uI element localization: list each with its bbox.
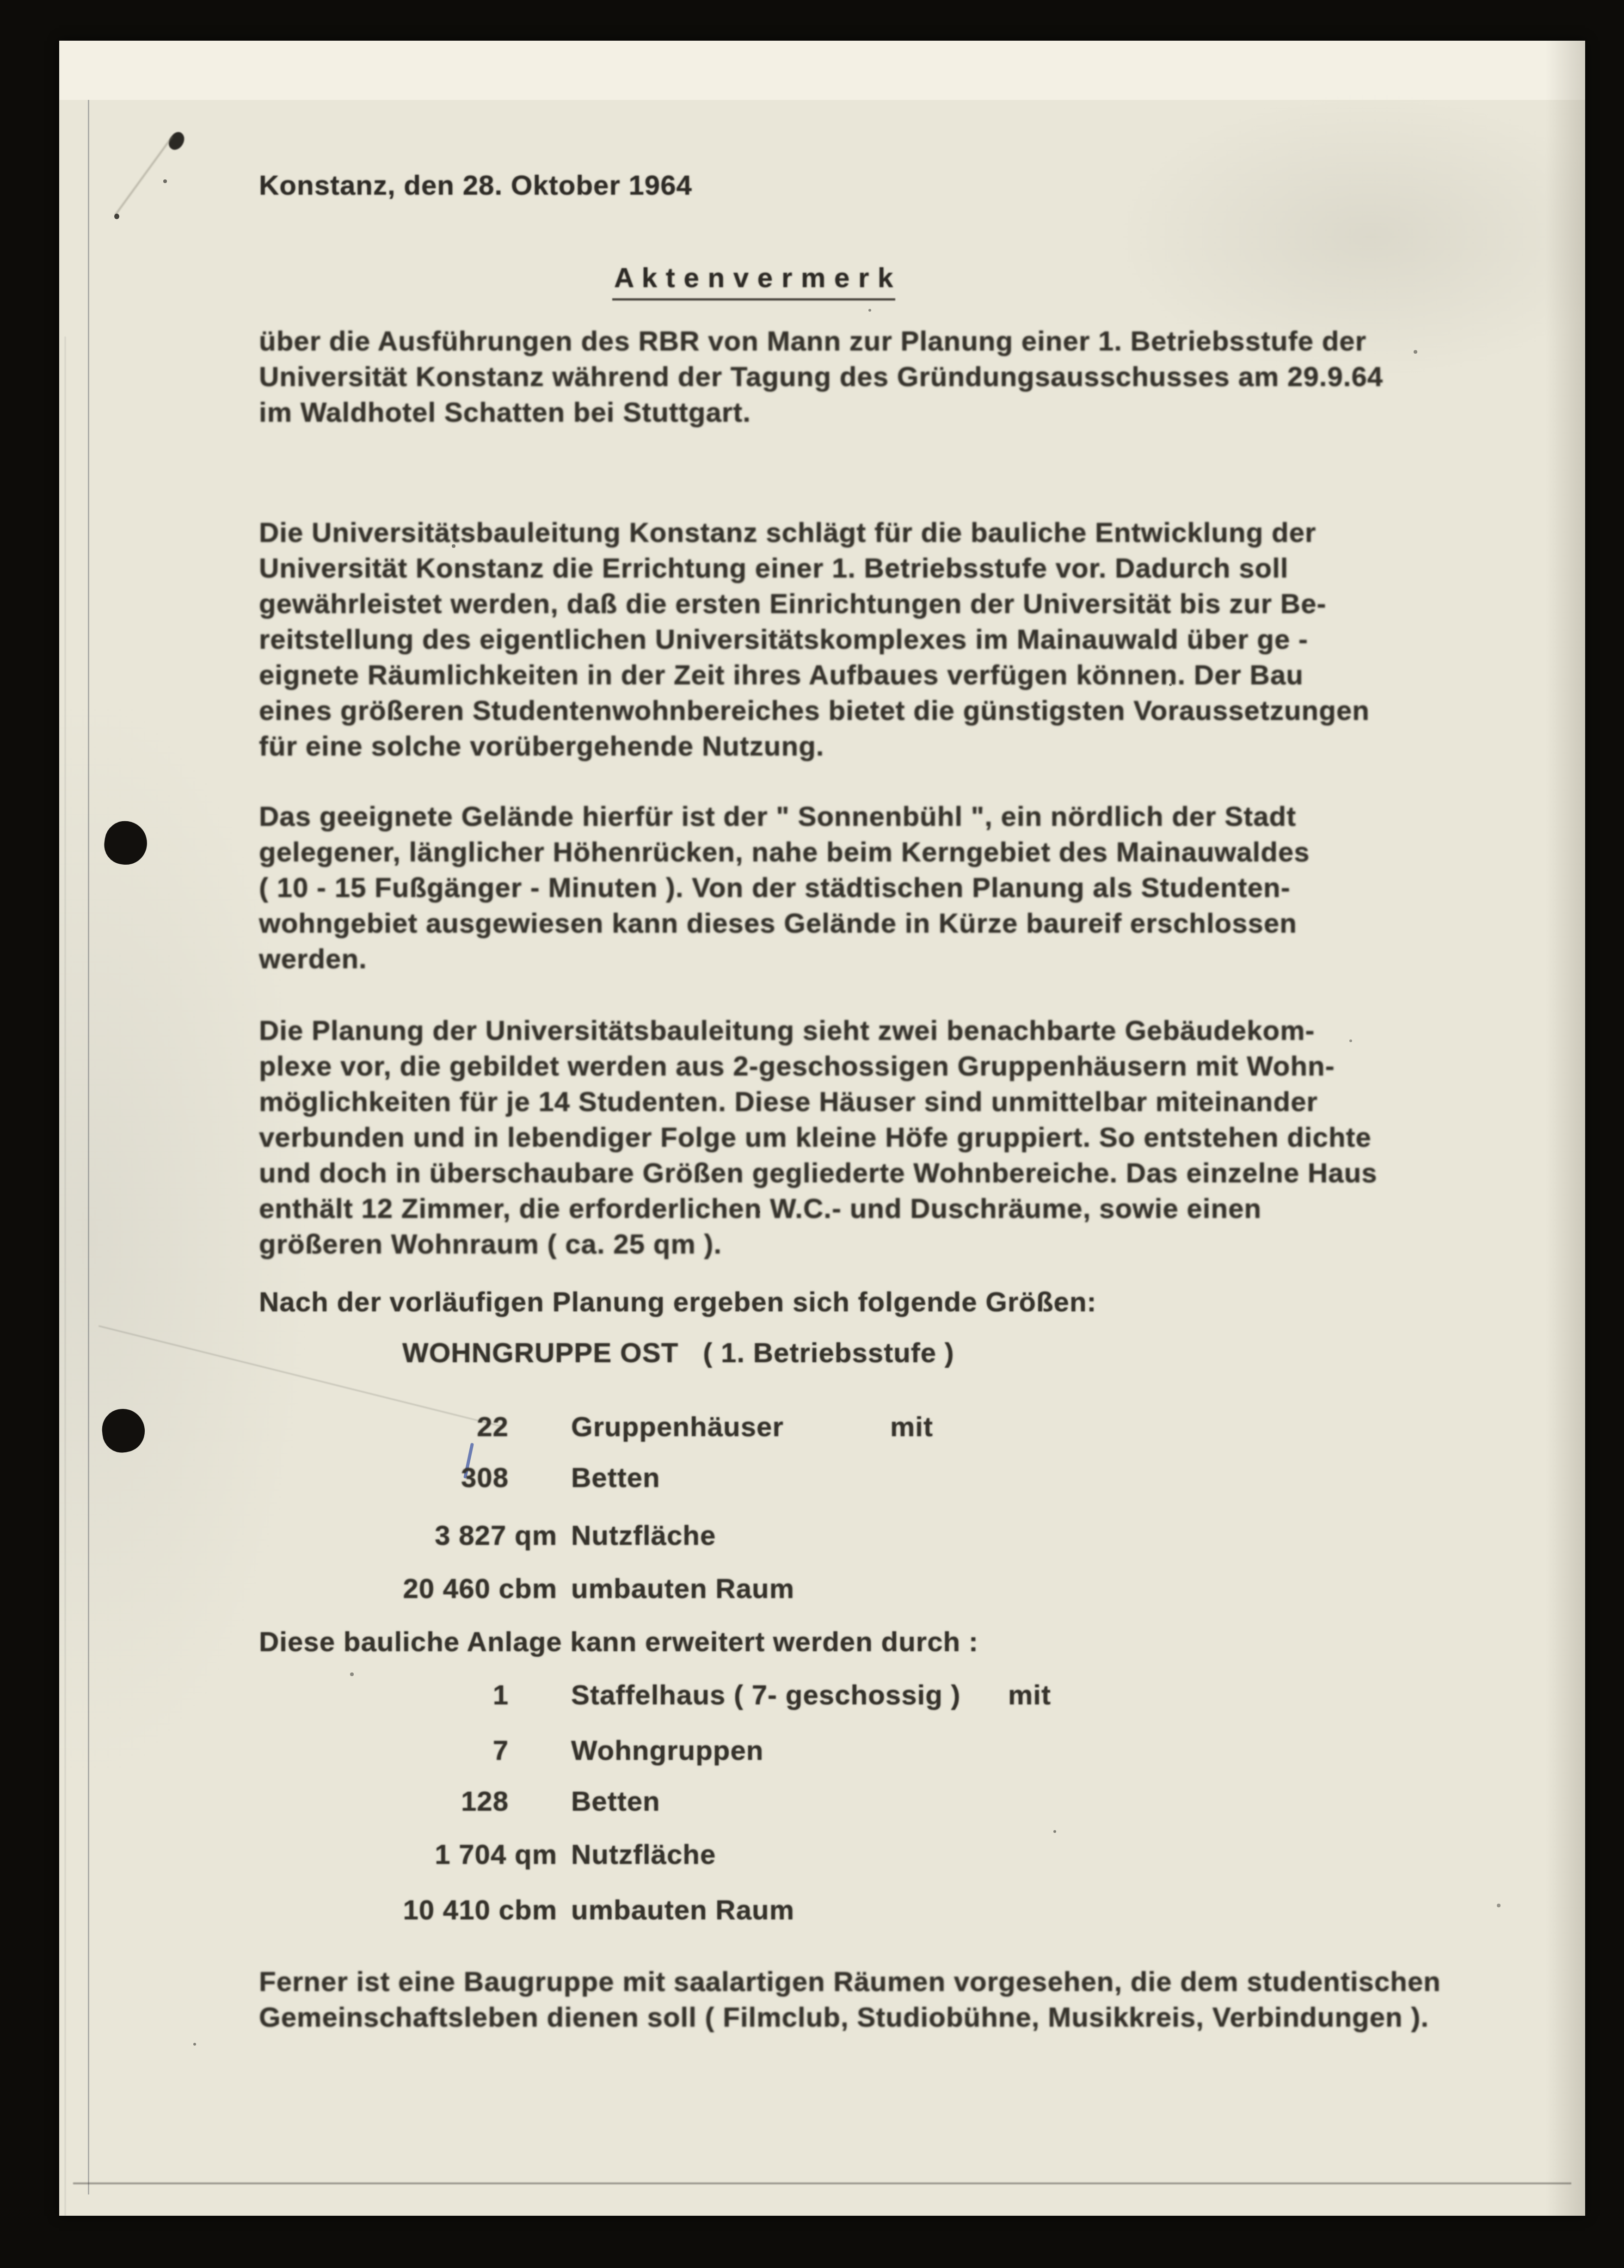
closing-paragraph: Ferner ist eine Baugruppe mit saalartige… xyxy=(259,1964,1441,2035)
row-value: 7 xyxy=(259,1733,557,1768)
expansion-lead-line: Diese bauliche Anlage kann erweitert wer… xyxy=(259,1624,978,1660)
text-line: Die Planung der Universitätsbauleitung s… xyxy=(259,1013,1378,1048)
table-row: 1Staffelhaus ( 7- geschossig )mit xyxy=(259,1677,1507,1713)
text-line: Ferner ist eine Baugruppe mit saalartige… xyxy=(259,1964,1441,1999)
row-label: umbauten Raum xyxy=(571,1894,794,1925)
dust-specks xyxy=(59,41,62,43)
row-label: Betten xyxy=(571,1462,660,1493)
text-line: eines größeren Studentenwohnbereiches bi… xyxy=(259,693,1370,728)
document-title: A k t e n v e r m e r k xyxy=(612,260,895,301)
title-row: A k t e n v e r m e r k xyxy=(612,260,895,303)
paragraph-site: Das geeignete Gelände hierfür ist der " … xyxy=(259,799,1310,977)
date-line: Konstanz, den 28. Oktober 1964 xyxy=(259,167,692,203)
fold-line-bottom xyxy=(73,2182,1571,2184)
text-line: im Waldhotel Schatten bei Stuttgart. xyxy=(259,394,1383,430)
text-line: Gemeinschaftsleben dienen soll ( Filmclu… xyxy=(259,1999,1441,2035)
row-value: 22 xyxy=(259,1409,557,1444)
hole-punch-bottom xyxy=(100,1407,147,1454)
row-value: 308 xyxy=(259,1460,557,1495)
scanned-document: { "colors": { "scanner_background": "#0d… xyxy=(0,0,1624,2268)
row-label: Betten xyxy=(571,1786,660,1817)
text-line: enthält 12 Zimmer, die erforderlichen W.… xyxy=(259,1191,1378,1226)
text-line: Universität Konstanz während der Tagung … xyxy=(259,359,1383,394)
text-line: eignete Räumlichkeiten in der Zeit ihres… xyxy=(259,657,1370,693)
hole-punch-top xyxy=(102,818,150,867)
text-line: Das geeignete Gelände hierfür ist der " … xyxy=(259,799,1310,834)
text-line: plexe vor, die gebildet werden aus 2-ges… xyxy=(259,1048,1378,1084)
ink-smudge-streak xyxy=(115,136,173,215)
text-line: verbunden und in lebendiger Folge um kle… xyxy=(259,1119,1378,1155)
table-row: 22Gruppenhäusermit xyxy=(259,1409,1507,1444)
table-row: 20 460 cbmumbauten Raum xyxy=(259,1571,1507,1606)
ink-speck xyxy=(163,179,167,183)
document-page: Konstanz, den 28. Oktober 1964 A k t e n… xyxy=(59,41,1585,2216)
row-suffix: mit xyxy=(890,1409,933,1444)
text-line: Die Universitätsbauleitung Konstanz schl… xyxy=(259,515,1370,550)
text-line: reitstellung des eigentlichen Universitä… xyxy=(259,621,1370,657)
paragraph-planning: Die Planung der Universitätsbauleitung s… xyxy=(259,1013,1378,1262)
row-label: Nutzfläche xyxy=(571,1520,716,1551)
row-label: umbauten Raum xyxy=(571,1573,794,1604)
table-row: 128Betten xyxy=(259,1783,1507,1819)
row-value: 1 704 qm xyxy=(259,1837,557,1872)
text-line: werden. xyxy=(259,941,1310,977)
subject-paragraph: über die Ausführungen des RBR von Mann z… xyxy=(259,323,1383,430)
text-line: für eine solche vorübergehende Nutzung. xyxy=(259,728,1370,764)
row-value: 1 xyxy=(259,1677,557,1713)
row-label: Nutzfläche xyxy=(571,1839,716,1870)
table-row: 1 704 qmNutzfläche xyxy=(259,1837,1507,1872)
text-line: gelegener, länglicher Höhenrücken, nahe … xyxy=(259,834,1310,870)
row-suffix: mit xyxy=(1008,1677,1051,1713)
table-row: 3 827 qmNutzfläche xyxy=(259,1518,1507,1553)
table-row: 308Betten xyxy=(259,1460,1507,1495)
fold-line-vertical-faint xyxy=(65,337,66,2216)
text-line: und doch in überschaubare Größen geglied… xyxy=(259,1155,1378,1191)
table-row: 10 410 cbmumbauten Raum xyxy=(259,1892,1507,1928)
group-heading: WOHNGRUPPE OST ( 1. Betriebsstufe ) xyxy=(402,1335,954,1371)
table-row: 7Wohngruppen xyxy=(259,1733,1507,1768)
row-label: Wohngruppen xyxy=(571,1735,763,1766)
row-value: 3 827 qm xyxy=(259,1518,557,1553)
paragraph-development: Die Universitätsbauleitung Konstanz schl… xyxy=(259,515,1370,764)
text-line: wohngebiet ausgewiesen kann dieses Gelän… xyxy=(259,905,1310,941)
row-value: 10 410 cbm xyxy=(259,1892,557,1928)
text-line: über die Ausführungen des RBR von Mann z… xyxy=(259,323,1383,359)
text-line: größeren Wohnraum ( ca. 25 qm ). xyxy=(259,1226,1378,1262)
text-line: ( 10 - 15 Fußgänger - Minuten ). Von der… xyxy=(259,870,1310,905)
row-label: Gruppenhäuser xyxy=(571,1411,784,1442)
fold-line-vertical xyxy=(88,100,89,2194)
row-value: 20 460 cbm xyxy=(259,1571,557,1606)
ink-speck xyxy=(114,214,119,219)
sizes-lead-line: Nach der vorläufigen Planung ergeben sic… xyxy=(259,1284,1097,1320)
row-label: Staffelhaus ( 7- geschossig ) xyxy=(571,1679,961,1710)
row-value: 128 xyxy=(259,1783,557,1819)
text-line: Universität Konstanz die Errichtung eine… xyxy=(259,550,1370,586)
text-line: möglichkeiten für je 14 Studenten. Diese… xyxy=(259,1084,1378,1119)
text-line: gewährleistet werden, daß die ersten Ein… xyxy=(259,586,1370,621)
